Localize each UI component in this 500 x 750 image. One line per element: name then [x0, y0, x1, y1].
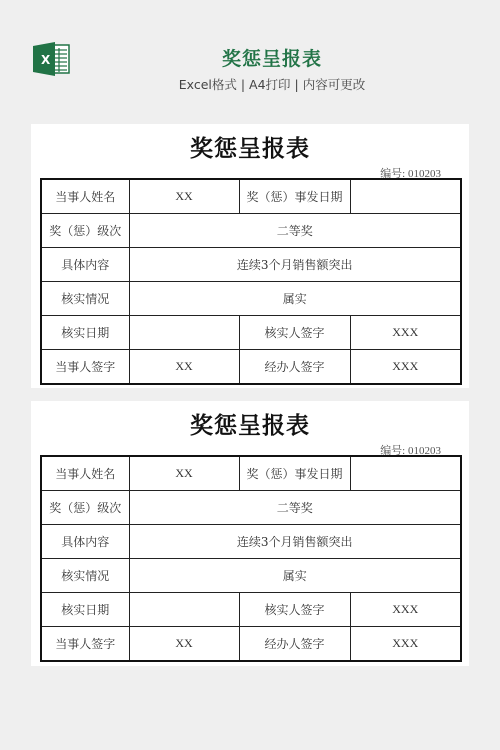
handler-sign-label: 经办人签字	[239, 350, 350, 385]
details-value[interactable]: 连续3个月销售额突出	[129, 525, 461, 559]
party-name-label: 当事人姓名	[41, 456, 129, 491]
page-subtitle: Excel格式 | A4打印 | 内容可更改	[22, 75, 500, 93]
handler-sign-value[interactable]: XXX	[350, 350, 461, 385]
report-table: 当事人姓名 XX 奖（惩）事发日期 奖（惩）级次 二等奖 具体内容 连续3个月销…	[40, 455, 462, 662]
table-row: 具体内容 连续3个月销售额突出	[41, 248, 461, 282]
table-row: 具体内容 连续3个月销售额突出	[41, 525, 461, 559]
table-row: 当事人姓名 XX 奖（惩）事发日期	[41, 179, 461, 214]
handler-sign-label: 经办人签字	[239, 627, 350, 662]
verify-date-value[interactable]	[129, 593, 239, 627]
form-card-1: 奖惩呈报表 编号: 010203 当事人姓名 XX 奖（惩）事发日期 奖（惩）级…	[31, 124, 469, 388]
table-row: 核实日期 核实人签字 XXX	[41, 593, 461, 627]
report-table: 当事人姓名 XX 奖（惩）事发日期 奖（惩）级次 二等奖 具体内容 连续3个月销…	[40, 178, 462, 385]
party-sign-value[interactable]: XX	[129, 350, 239, 385]
party-name-value[interactable]: XX	[129, 456, 239, 491]
incident-date-value[interactable]	[350, 179, 461, 214]
table-row: 核实情况 属实	[41, 282, 461, 316]
verification-value[interactable]: 属实	[129, 559, 461, 593]
verification-label: 核实情况	[41, 559, 129, 593]
form-title: 奖惩呈报表	[31, 130, 469, 163]
party-name-label: 当事人姓名	[41, 179, 129, 214]
level-value[interactable]: 二等奖	[129, 491, 461, 525]
verify-date-value[interactable]	[129, 316, 239, 350]
verification-label: 核实情况	[41, 282, 129, 316]
level-label: 奖（惩）级次	[41, 214, 129, 248]
table-row: 奖（惩）级次 二等奖	[41, 214, 461, 248]
handler-sign-value[interactable]: XXX	[350, 627, 461, 662]
details-label: 具体内容	[41, 248, 129, 282]
page-title: 奖惩呈报表	[22, 44, 500, 71]
form-title: 奖惩呈报表	[31, 407, 469, 440]
verifier-sign-label: 核实人签字	[239, 593, 350, 627]
table-row: 当事人签字 XX 经办人签字 XXX	[41, 627, 461, 662]
table-row: 核实日期 核实人签字 XXX	[41, 316, 461, 350]
incident-date-label: 奖（惩）事发日期	[239, 456, 350, 491]
table-row: 当事人姓名 XX 奖（惩）事发日期	[41, 456, 461, 491]
table-row: 奖（惩）级次 二等奖	[41, 491, 461, 525]
party-sign-value[interactable]: XX	[129, 627, 239, 662]
table-row: 当事人签字 XX 经办人签字 XXX	[41, 350, 461, 385]
table-row: 核实情况 属实	[41, 559, 461, 593]
incident-date-value[interactable]	[350, 456, 461, 491]
party-name-value[interactable]: XX	[129, 179, 239, 214]
verifier-sign-label: 核实人签字	[239, 316, 350, 350]
verification-value[interactable]: 属实	[129, 282, 461, 316]
details-label: 具体内容	[41, 525, 129, 559]
verifier-sign-value[interactable]: XXX	[350, 593, 461, 627]
incident-date-label: 奖（惩）事发日期	[239, 179, 350, 214]
verifier-sign-value[interactable]: XXX	[350, 316, 461, 350]
form-card-2: 奖惩呈报表 编号: 010203 当事人姓名 XX 奖（惩）事发日期 奖（惩）级…	[31, 401, 469, 666]
verify-date-label: 核实日期	[41, 593, 129, 627]
party-sign-label: 当事人签字	[41, 350, 129, 385]
level-label: 奖（惩）级次	[41, 491, 129, 525]
party-sign-label: 当事人签字	[41, 627, 129, 662]
verify-date-label: 核实日期	[41, 316, 129, 350]
details-value[interactable]: 连续3个月销售额突出	[129, 248, 461, 282]
level-value[interactable]: 二等奖	[129, 214, 461, 248]
